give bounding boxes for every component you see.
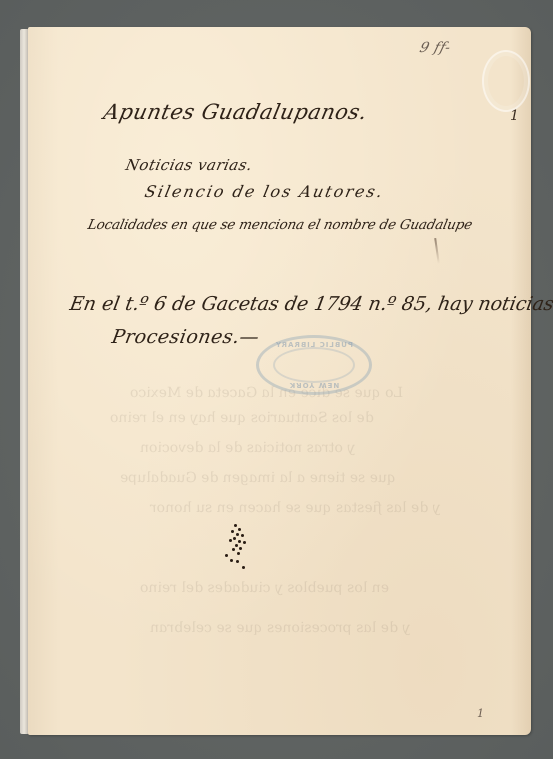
stamp-text-top: PUBLIC LIBRARY bbox=[275, 341, 353, 349]
page-tick-mark: 1 bbox=[510, 108, 519, 124]
folio-mark: 9 ff- bbox=[418, 40, 453, 56]
bleed-through-line: de los Santuarios que hay en el reino bbox=[109, 410, 376, 426]
manuscript-line: Noticias varias. bbox=[124, 156, 254, 174]
bleed-through-line: que se tiene a la imagen de Guadalupe bbox=[119, 470, 398, 486]
bleed-through-line: y de las procesiones que se celebran bbox=[149, 620, 412, 636]
ink-spatter bbox=[222, 522, 252, 568]
stamp-text-bottom: NEW YORK bbox=[289, 381, 339, 389]
bleed-through-line: en los pueblos y ciudades del reino bbox=[139, 580, 391, 596]
manuscript-line: Localidades en que se menciona el nombre… bbox=[86, 217, 473, 233]
document-title: Apuntes Guadalupanos. bbox=[101, 100, 369, 124]
library-stamp: PUBLIC LIBRARY NEW YORK bbox=[256, 335, 372, 395]
bottom-page-number: 1 bbox=[477, 707, 485, 720]
manuscript-line: Procesiones.— bbox=[110, 326, 261, 348]
manuscript-line: En el t.º 6 de Gacetas de 1794 n.º 85, h… bbox=[68, 293, 553, 315]
bleed-through-line: y de las fiestas que se hacen en su hono… bbox=[149, 500, 442, 516]
manuscript-line: Silencio de los Autores. bbox=[143, 182, 386, 201]
blind-embossed-stamp bbox=[482, 50, 530, 112]
bleed-through-line: y otras noticias de la devocion bbox=[139, 440, 357, 456]
bleed-through-line: Lo que se dice en la Gaceta de Mexico bbox=[129, 385, 405, 401]
